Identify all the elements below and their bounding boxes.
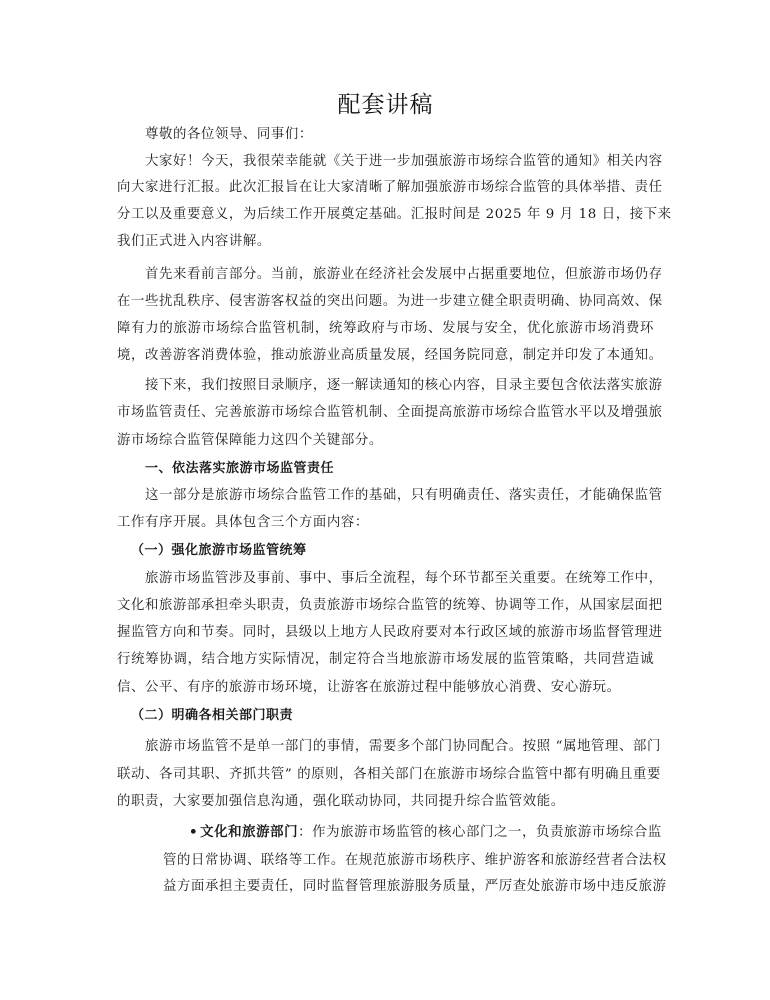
subsection-line: 的职责，大家要加强信息沟通，强化联动协同，共同提升综合监管效能。 [117, 788, 654, 815]
list-item-term: 文化和旅游部门 [200, 824, 298, 840]
subsection-line: 信、公平、有序的旅游市场环境，让游客在旅游过程中能够放心消费、安心游玩。 [117, 674, 654, 701]
list-item-line: 益方面承担主要责任，同时监督管理旅游服务质量，严厉查处旅游市场中违反旅游 [163, 873, 654, 900]
outline-line: 市场监管责任、完善旅游市场综合监管机制、全面提高旅游市场综合监管水平以及增强旅 [117, 399, 654, 426]
subsection-line: 旅游市场监管不是单一部门的事情，需要多个部门协同配合。按照 “属地管理、部门 [117, 733, 654, 760]
list-item-text: ：作为旅游市场监管的核心部门之一，负责旅游市场综合监 [298, 825, 662, 840]
intro-line: 我们正式进入内容讲解。 [117, 228, 654, 255]
document-title: 配套讲稿 [117, 90, 654, 120]
subsection-line: 文化和旅游部承担牵头职责，负责旅游市场综合监管的统筹、协调等工作，从国家层面把 [117, 592, 654, 619]
section-heading: 一、依法落实旅游市场监管责任 [117, 455, 654, 482]
preface-line: 首先来看前言部分。当前，旅游业在经济社会发展中占据重要地位，但旅游市场仍存 [117, 261, 654, 288]
subsection-heading: （二）明确各相关部门职责 [117, 702, 668, 729]
outline-line: 接下来，我们按照目录顺序，逐一解读通知的核心内容，目录主要包含依法落实旅游 [117, 372, 654, 399]
subsection-line: 握监管方向和节奏。同时，县级以上地方人民政府要对本行政区域的旅游市场监督管理进 [117, 619, 654, 646]
intro-line: 向大家进行汇报。此次汇报旨在让大家清晰了解加强旅游市场综合监管的具体举措、责任 [117, 174, 654, 201]
subsection-heading: （一）强化旅游市场监管统筹 [117, 537, 668, 564]
intro-line: 大家好！今天，我很荣幸能就《关于进一步加强旅游市场综合监管的通知》相关内容 [117, 148, 654, 175]
bullet-icon: • [189, 819, 198, 846]
outline-line: 游市场综合监管保障能力这四个关键部分。 [117, 427, 654, 454]
preface-line: 在一些扰乱秩序、侵害游客权益的突出问题。为进一步建立健全职责明确、协同高效、保 [117, 288, 654, 315]
subsection-line: 联动、各司其职、齐抓共管” 的原则，各相关部门在旅游市场综合监管中都有明确且重要 [117, 761, 654, 788]
subsection-line: 旅游市场监管涉及事前、事中、事后全流程，每个环节都至关重要。在统筹工作中， [117, 565, 654, 592]
preface-line: 境，改善游客消费体验，推动旅游业高质量发展，经国务院同意，制定并印发了本通知。 [117, 342, 654, 369]
section-intro-line: 这一部分是旅游市场综合监管工作的基础，只有明确责任、落实责任，才能确保监管 [117, 482, 654, 509]
preface-line: 障有力的旅游市场综合监管机制，统筹政府与市场、发展与安全，优化旅游市场消费环 [117, 315, 654, 342]
salutation: 尊敬的各位领导、同事们： [117, 121, 654, 148]
subsection-line: 行统筹协调，结合地方实际情况，制定符合当地旅游市场发展的监管策略，共同营造诚 [117, 646, 654, 673]
section-intro-line: 工作有序开展。具体包含三个方面内容： [117, 509, 654, 536]
list-item: •文化和旅游部门：作为旅游市场监管的核心部门之一，负责旅游市场综合监 [189, 819, 654, 846]
intro-line: 分工以及重要意义，为后续工作开展奠定基础。汇报时间是 2025 年 9 月 18… [117, 201, 654, 228]
list-item-line: 管的日常协调、联络等工作。在规范旅游市场秩序、维护游客和旅游经营者合法权 [163, 847, 654, 874]
